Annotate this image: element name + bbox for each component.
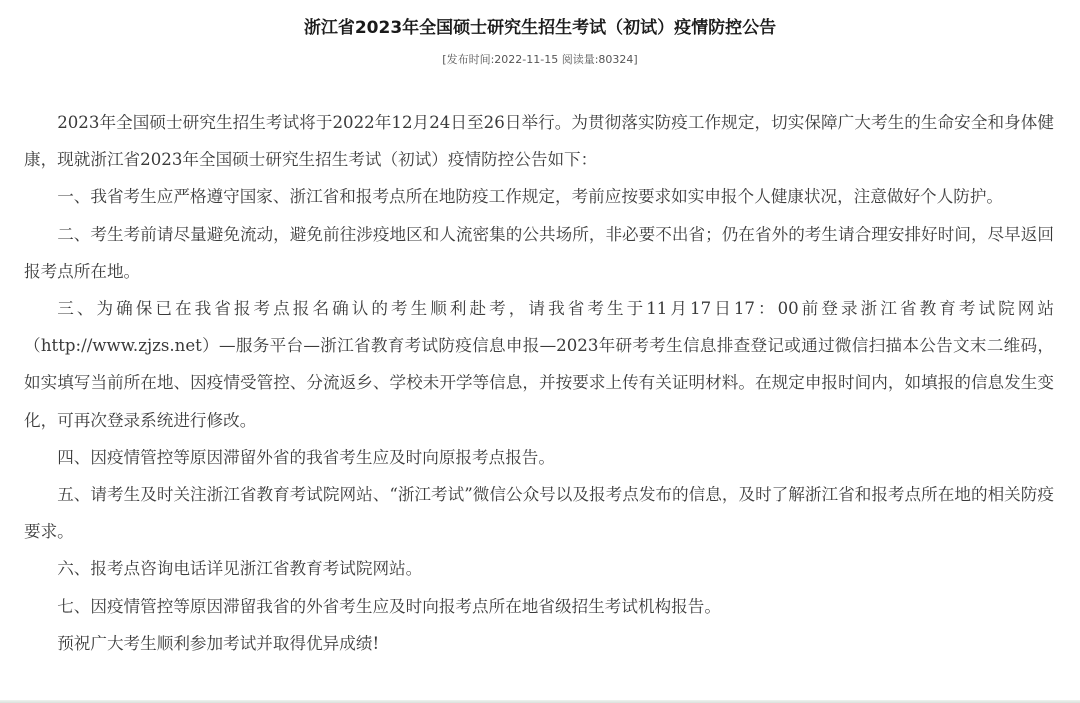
article-title: 浙江省2023年全国硕士研究生招生考试（初试）疫情防控公告 (0, 14, 1080, 42)
paragraph-item-7: 七、因疫情管控等原因滞留我省的外省考生应及时向报考点所在地省级招生考试机构报告。 (24, 588, 1054, 625)
article-body: 2023年全国硕士研究生招生考试将于2022年12月24日至26日举行。为贯彻落… (24, 104, 1054, 662)
paragraph-item-5: 五、请考生及时关注浙江省教育考试院网站、“浙江考试”微信公众号以及报考点发布的信… (24, 476, 1054, 550)
paragraph-item-2: 二、考生考前请尽量避免流动，避免前往涉疫地区和人流密集的公共场所，非必要不出省；… (24, 216, 1054, 290)
paragraph-item-1: 一、我省考生应严格遵守国家、浙江省和报考点所在地防疫工作规定，考前应按要求如实申… (24, 178, 1054, 215)
paragraph-item-3: 三、为确保已在我省报考点报名确认的考生顺利赴考，请我省考生于11月17日17：0… (24, 290, 1054, 439)
paragraph-intro: 2023年全国硕士研究生招生考试将于2022年12月24日至26日举行。为贯彻落… (24, 104, 1054, 178)
article-meta: [发布时间:2022-11-15 阅读量:80324] (0, 52, 1080, 68)
paragraph-closing: 预祝广大考生顺利参加考试并取得优异成绩! (24, 625, 1054, 662)
paragraph-item-6: 六、报考点咨询电话详见浙江省教育考试院网站。 (24, 550, 1054, 587)
paragraph-item-4: 四、因疫情管控等原因滞留外省的我省考生应及时向原报考点报告。 (24, 439, 1054, 476)
article: 浙江省2023年全国硕士研究生招生考试（初试）疫情防控公告 [发布时间:2022… (0, 0, 1080, 703)
